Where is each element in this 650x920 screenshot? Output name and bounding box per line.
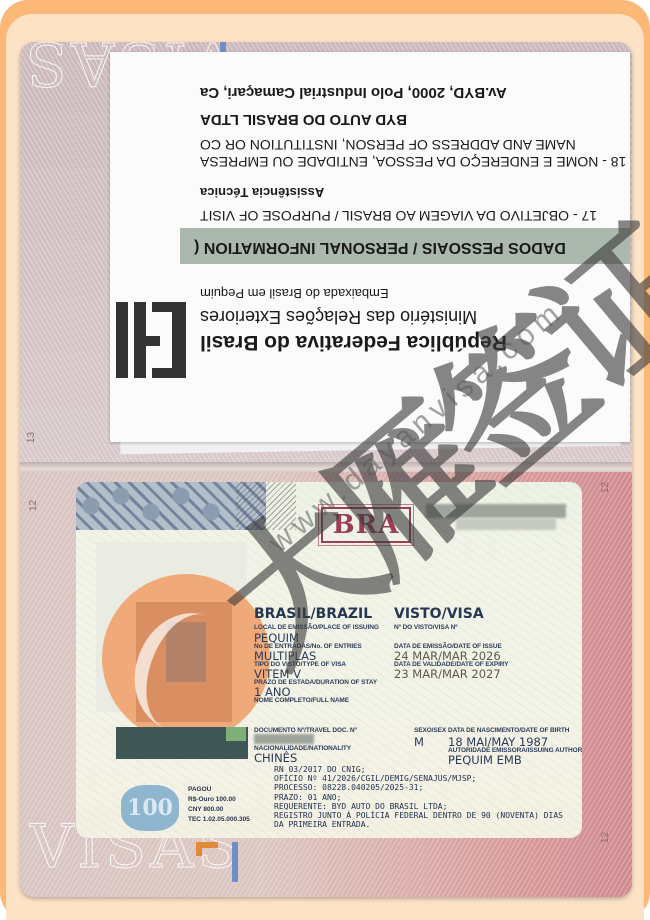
redacted-photo-strip [226, 727, 246, 741]
visa-header: VISTO/VISA [394, 606, 484, 622]
security-pattern-stripe [236, 482, 296, 530]
passport-page-13: VISAS 13 República Federativa do Brasil … [20, 42, 632, 467]
orange-mark [196, 842, 202, 856]
observations: RN 03/2017 DO CNIG;OFÍCIO Nº 41/2026/CGI… [274, 765, 563, 829]
redacted-visa-number [426, 504, 566, 518]
country-header: BRASIL/BRAZIL [254, 606, 372, 622]
fee-stamp: 100 [121, 785, 179, 831]
insert-field-17-label: 17 - OBJETIVO DA VIAGEM AO BRASIL / PURP… [200, 208, 597, 224]
place-of-issuing-label: LOCAL DE EMISSÃO/PLACE OF ISSUING [254, 624, 379, 631]
mre-logo-icon [110, 298, 190, 382]
page-number-right: 12 [600, 482, 611, 493]
page-number-bottom: 12 [600, 832, 611, 843]
sex: M [414, 735, 424, 749]
sex-label: SEXO/SEX [414, 727, 446, 734]
visa-application-insert: República Federativa do Brasil Ministéri… [110, 52, 630, 442]
insert-field-17-value: Assistência Técnica [200, 185, 324, 200]
country-code-box: BRA [321, 507, 411, 543]
insert-embassy: Embaixada do Brasil em Pequim [200, 286, 389, 301]
insert-company-address: Av.BYD, 2000, Polo Industrial Camaçari, … [200, 84, 507, 101]
insert-field-18-label-en: NAME AND ADDRESS OF PERSON, INSTITUTION … [200, 137, 576, 153]
insert-ministry: Ministério das Relações Exteriores [200, 306, 477, 327]
redacted-visa-number [456, 518, 556, 530]
visa-number-label: Nº DO VISTO/VISA Nº [394, 624, 458, 631]
fee-text: PAGOU R$-Ouro 100.00 CNY 800.00 TEC 1.02… [188, 785, 250, 825]
insert-section-title: DADOS PESSOAIS / PERSONAL INFORMATION ( [194, 238, 566, 256]
full-name-label: NOME COMPLETO/FULL NAME [254, 697, 349, 704]
dob-label: DATA DE NASCIMENTO/DATE OF BIRTH [448, 727, 569, 734]
redacted-travel-doc [254, 734, 314, 744]
nationality: CHINÊS [254, 751, 297, 765]
page-number-left: 12 [28, 500, 39, 511]
insert-republic-title: República Federativa do Brasil [200, 330, 507, 354]
insert-field-18-label-pt: 18 - NOME E ENDEREÇO DA PESSOA, ENTIDADE… [200, 154, 626, 170]
passport-spread: VISAS 13 República Federativa do Brasil … [20, 42, 632, 897]
expiry-date: 23 MAR/MAR 2027 [394, 667, 501, 681]
security-strip [232, 842, 238, 882]
visa-sticker: BRA BRASIL/BRAZIL VISTO/VISA LOCAL DE EM… [76, 482, 582, 838]
insert-company-name: BYD AUTO DO BRASIL LTDA [200, 111, 407, 128]
travel-doc-label: DOCUMENTO Nº/TRAVEL DOC. Nº [254, 727, 357, 734]
page-number: 13 [26, 432, 37, 443]
